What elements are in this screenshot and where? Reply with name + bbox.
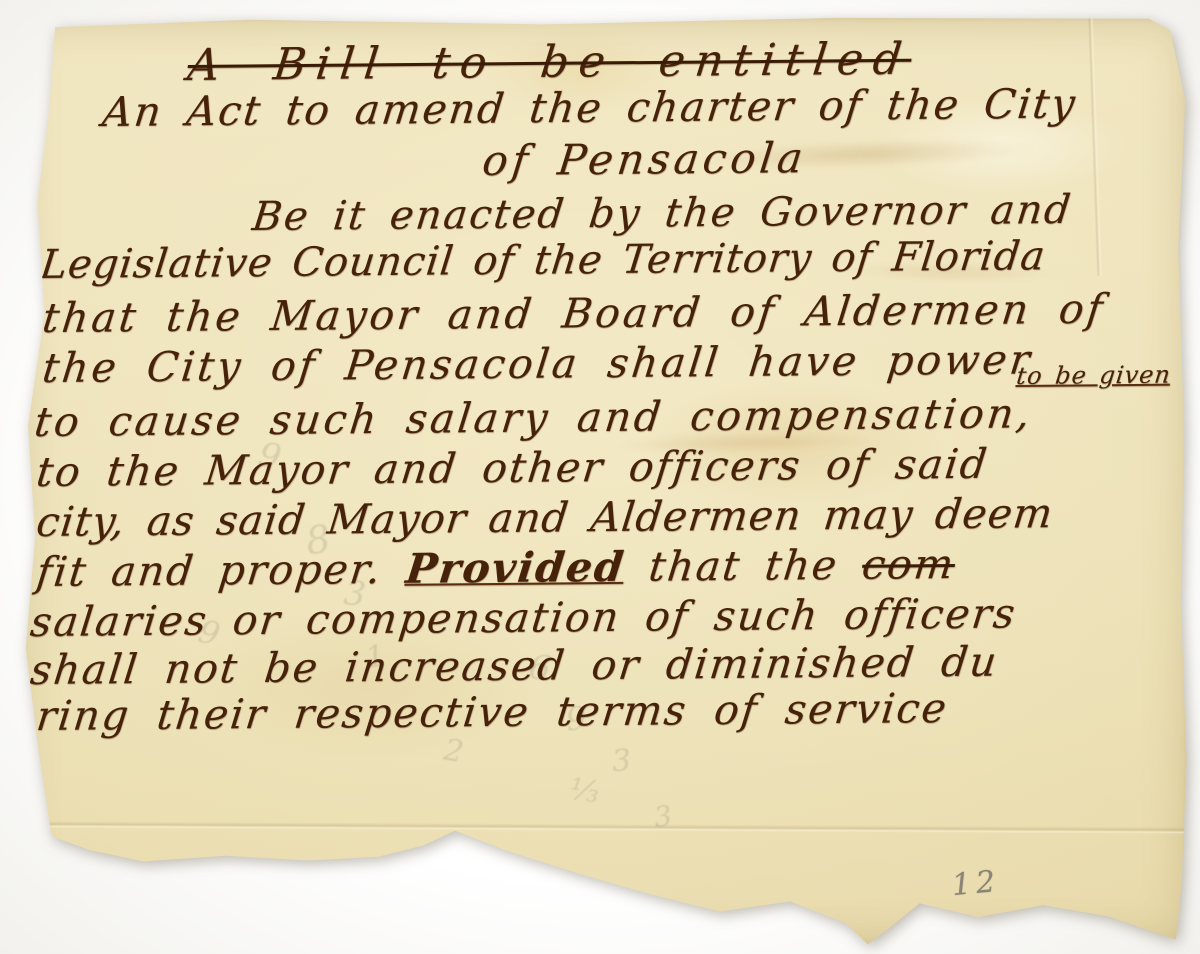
pencil-ghost-mark: 3 xyxy=(611,743,633,780)
pencil-ghost-mark: 2 xyxy=(441,733,466,771)
provided-underlined-word: Provided xyxy=(404,543,628,593)
body-line-7: city, as said Mayor and Aldermen may dee… xyxy=(34,489,1056,546)
body-line-1: Be it enacted by the Governor and xyxy=(250,187,1075,240)
title-line-1: An Act to amend the charter of the City xyxy=(100,80,1079,136)
manuscript-page: 9 8 3 9 1 6 9 2 3 ⅓ 3 A Bill to be entit… xyxy=(14,16,1190,946)
body-line-3: that the Mayor and Board of Aldermen of xyxy=(40,285,1108,342)
struck-word-com: com xyxy=(860,540,958,589)
page-number: 12 xyxy=(951,864,1002,903)
paper-shadow: 9 8 3 9 1 6 9 2 3 ⅓ 3 A Bill to be entit… xyxy=(0,0,1200,954)
pencil-ghost-mark: 3 xyxy=(652,799,674,834)
interlinear-insertion: to be given xyxy=(1015,361,1173,390)
body-line-8-pre: fit and proper. xyxy=(34,545,409,596)
body-line-8: fit and proper. Provided that the com xyxy=(34,540,958,596)
body-line-4: the City of Pensacola shall have power xyxy=(40,335,1035,392)
vertical-crease xyxy=(1087,16,1102,276)
body-line-11: ring their respective terms of service xyxy=(34,684,951,740)
body-line-2: Legislative Council of the Territory of … xyxy=(38,233,1048,288)
horizontal-crease xyxy=(14,821,1190,834)
pencil-ghost-mark: ⅓ xyxy=(568,772,602,811)
body-line-8-mid: that the xyxy=(622,541,865,591)
body-line-6: to the Mayor and other officers of said xyxy=(34,440,991,496)
body-line-5: to cause such salary and compensation, xyxy=(32,389,1035,446)
title-line-2: of Pensacola xyxy=(480,133,809,185)
body-line-9: salaries or compensation of such officer… xyxy=(28,589,1019,646)
